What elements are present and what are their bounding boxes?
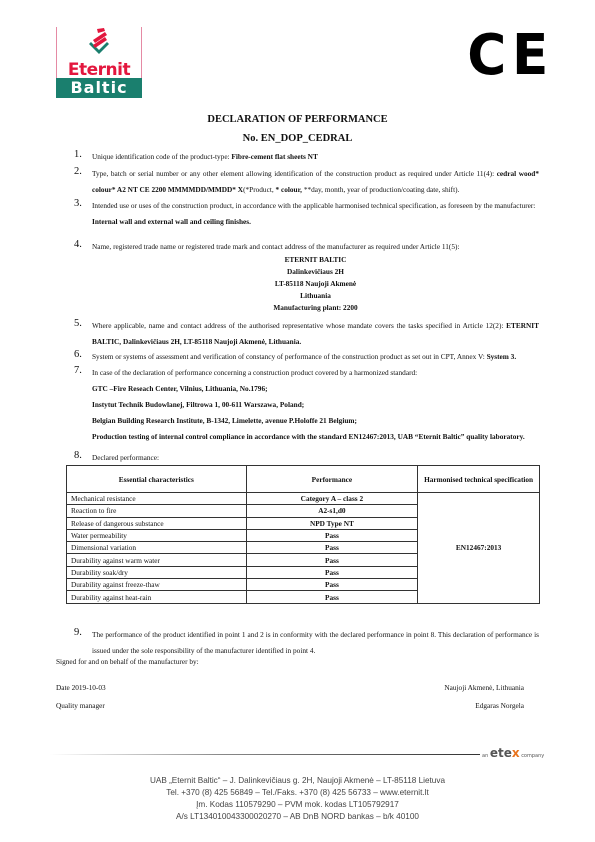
performance-cell: Pass	[246, 579, 418, 591]
characteristic-cell: Dimensional variation	[67, 542, 247, 554]
harmonised-spec-cell: EN12467:2013	[418, 493, 540, 604]
item-7-number: 7.	[74, 365, 82, 376]
table-row: Mechanical resistanceCategory A – class …	[67, 493, 540, 505]
item-6-text: System or systems of assessment and veri…	[92, 349, 539, 365]
characteristic-cell: Durability against freeze-thaw	[67, 579, 247, 591]
item-8-text: Declared performance:	[92, 450, 539, 466]
item-9-text: The performance of the product identifie…	[92, 627, 539, 659]
item-1-text: Unique identification code of the produc…	[92, 149, 539, 165]
document-title: DECLARATION OF PERFORMANCE	[0, 114, 595, 125]
header-performance: Performance	[246, 466, 418, 493]
manufacturer-name: ETERNIT BALTIC	[92, 254, 539, 266]
manufacturer-street: Dalinkevičiaus 2H	[92, 266, 539, 278]
item-3-number: 3.	[74, 198, 82, 209]
item-3-text: Intended use or uses of the construction…	[92, 198, 539, 230]
characteristic-cell: Durability against warm water	[67, 554, 247, 566]
performance-cell: Pass	[246, 542, 418, 554]
characteristic-cell: Release of dangerous substance	[67, 517, 247, 529]
company-details: UAB „Eternit Baltic“ – J. Dalinkevičiaus…	[0, 775, 595, 823]
signatory-name: Edgaras Norgela	[475, 701, 524, 710]
company-codes: Įm. Kodas 110579290 – PVM mok. kodas LT1…	[0, 799, 595, 811]
signature-date: Date 2019-10-03	[56, 683, 106, 692]
logo-rule-right	[141, 27, 142, 79]
production-testing-note: Production testing of internal control c…	[92, 429, 539, 445]
performance-cell: Pass	[246, 566, 418, 578]
characteristic-cell: Durability against heat-rain	[67, 591, 247, 603]
header-essential-characteristics: Essential characteristics	[67, 466, 247, 493]
table-header-row: Essential characteristics Performance Ha…	[67, 466, 540, 493]
item-6-number: 6.	[74, 349, 82, 360]
company-contacts: Tel. +370 (8) 425 56849 – Tel./Faks. +37…	[0, 787, 595, 799]
characteristic-cell: Mechanical resistance	[67, 493, 247, 505]
manufacturing-plant: Manufacturing plant: 2200	[92, 302, 539, 314]
logo-baltic-text: Baltic	[56, 78, 142, 98]
signatory-role: Quality manager	[56, 701, 105, 710]
item-8-number: 8.	[74, 450, 82, 461]
manufacturer-address: ETERNIT BALTIC Dalinkevičiaus 2H LT-8511…	[92, 254, 539, 314]
header-harmonised-spec: Harmonised technical specification	[418, 466, 540, 493]
signature-place: Naujoji Akmenė, Lithuania	[444, 683, 524, 692]
characteristic-cell: Water permeability	[67, 529, 247, 541]
item-5-text: Where applicable, name and contact addre…	[92, 318, 539, 350]
item-2-number: 2.	[74, 166, 82, 177]
logo-eternit-text: Eternit	[58, 60, 140, 80]
etex-company-logo: an etex company	[482, 746, 544, 760]
footer-divider	[50, 754, 480, 755]
performance-cell: Pass	[246, 529, 418, 541]
declared-performance-table: Essential characteristics Performance Ha…	[66, 465, 540, 604]
manufacturer-country: Lithuania	[92, 290, 539, 302]
characteristic-cell: Reaction to fire	[67, 505, 247, 517]
ce-mark-icon: CE	[467, 28, 554, 84]
performance-cell: NPD Type NT	[246, 517, 418, 529]
performance-cell: Category A – class 2	[246, 493, 418, 505]
notified-body-gtc: GTC –Fire Reseach Center, Vilnius, Lithu…	[92, 381, 539, 397]
eternit-baltic-logo: Eternit Baltic	[56, 27, 142, 99]
item-1-number: 1.	[74, 149, 82, 160]
logo-rule-left	[56, 27, 57, 79]
item-2-text: Type, batch or serial number or any othe…	[92, 166, 539, 198]
notified-bodies: GTC –Fire Reseach Center, Vilnius, Lithu…	[92, 381, 539, 445]
performance-cell: Pass	[246, 554, 418, 566]
item-7-text: In case of the declaration of performanc…	[92, 365, 539, 381]
signed-for-text: Signed for and on behalf of the manufact…	[56, 657, 199, 666]
manufacturer-city: LT-85118 Naujoji Akmenė	[92, 278, 539, 290]
notified-body-bbri: Belgian Building Research Institute, B-1…	[92, 413, 539, 429]
document-number: No. EN_DOP_CEDRAL	[0, 133, 595, 144]
item-5-number: 5.	[74, 318, 82, 329]
performance-cell: Pass	[246, 591, 418, 603]
item-9-number: 9.	[74, 627, 82, 638]
company-bank: A/s LT134010043300020270 – AB DnB NORD b…	[0, 811, 595, 823]
item-4-number: 4.	[74, 239, 82, 250]
eternit-emblem-icon	[87, 28, 111, 60]
notified-body-itb: Instytut Technik Budowlanej, Filtrowa 1,…	[92, 397, 539, 413]
performance-cell: A2-s1,d0	[246, 505, 418, 517]
item-4-text: Name, registered trade name or registere…	[92, 239, 539, 255]
company-address: UAB „Eternit Baltic“ – J. Dalinkevičiaus…	[0, 775, 595, 787]
characteristic-cell: Durability soak/dry	[67, 566, 247, 578]
